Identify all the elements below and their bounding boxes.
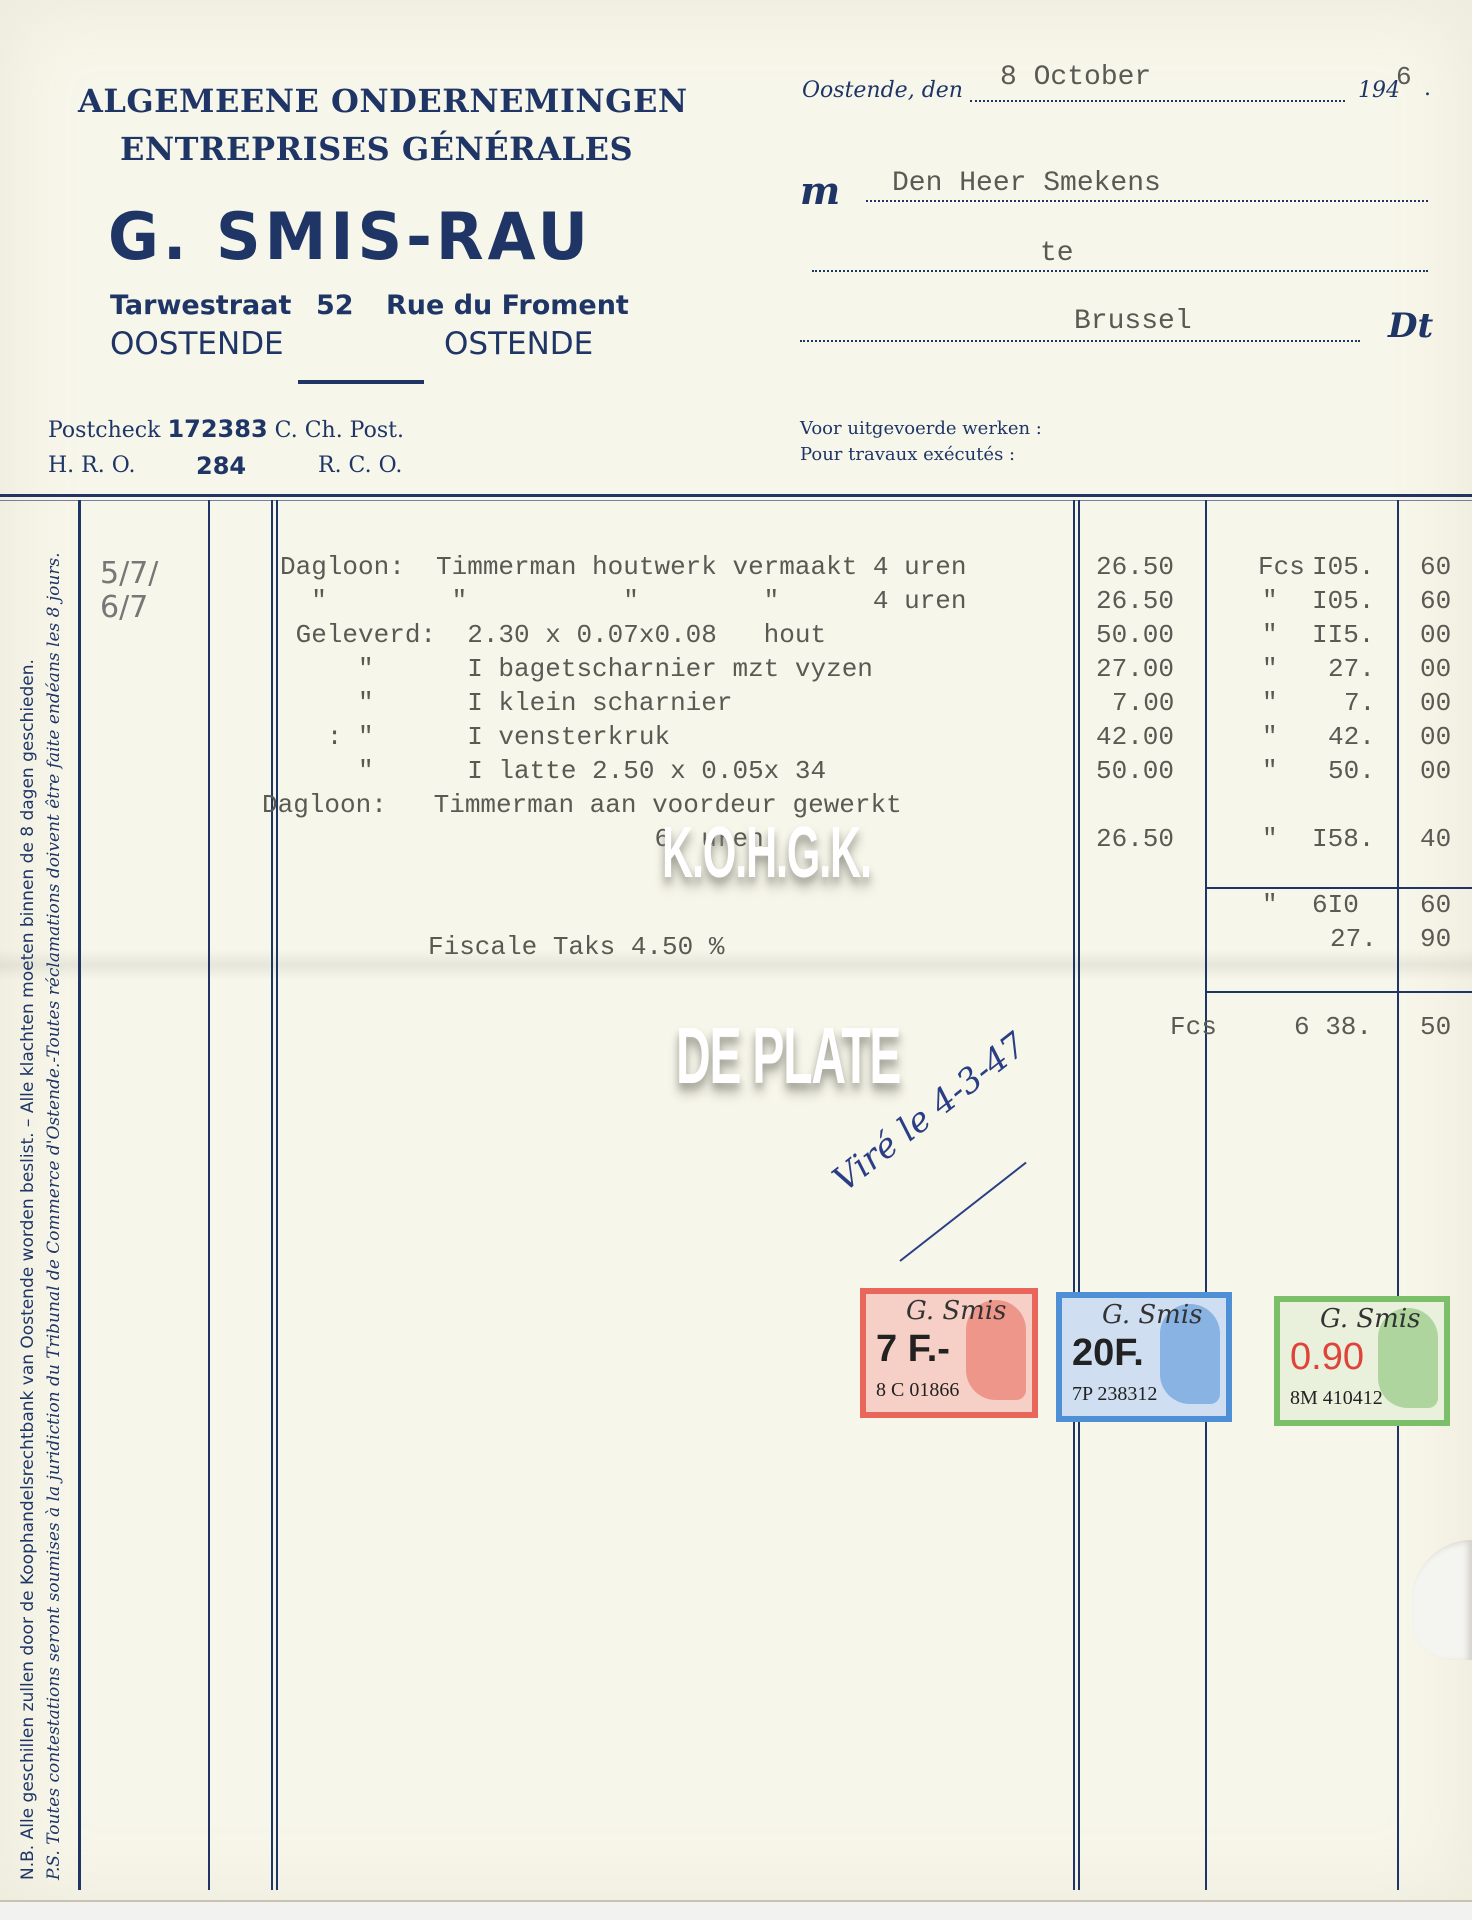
city-dotted-line — [800, 340, 1360, 342]
company-name: G. SMIS-RAU — [108, 198, 592, 275]
scan-background — [0, 1900, 1472, 1920]
item-unit-price: 26.50 — [1096, 824, 1174, 854]
postcheck-fr: C. Ch. Post. — [275, 418, 404, 443]
watermark-line1: K.O.H.G.K. — [662, 812, 871, 894]
item-currency: " — [1262, 620, 1278, 650]
postcheck-line: Postcheck 172383 C. Ch. Post. — [48, 415, 404, 443]
column-line-price-a — [1073, 500, 1075, 1890]
table-top-border — [0, 494, 1472, 497]
item-currency: " — [1262, 824, 1278, 854]
city-fr: OSTENDE — [444, 326, 593, 362]
recipient-name: Den Heer Smekens — [892, 168, 1161, 199]
item-unit-price: 50.00 — [1096, 620, 1174, 650]
item-cents: 00 — [1420, 654, 1451, 684]
total-currency: Fcs — [1170, 1012, 1217, 1042]
item-cents: 40 — [1420, 824, 1451, 854]
paper-tear — [1412, 1540, 1472, 1660]
item-description: Dagloon: Timmerman houtwerk vermaakt 4 u… — [280, 552, 967, 582]
tax-amount: 27. — [1330, 924, 1377, 954]
stamp-serial: 7P 238312 — [1072, 1383, 1157, 1406]
hro-number: 284 — [196, 452, 246, 480]
city-nl: OOSTENDE — [110, 326, 284, 362]
column-line-desc-b — [276, 500, 278, 1890]
margin-note-fr: P.S. Toutes contestations seront soumise… — [44, 500, 64, 1880]
item-unit-price: 50.00 — [1096, 756, 1174, 786]
item-currency: " — [1262, 756, 1278, 786]
item-amount: 7. — [1344, 688, 1375, 718]
rco-label: R. C. O. — [318, 453, 402, 478]
street-number: 52 — [316, 290, 354, 321]
letterhead-line1: ALGEMEENE ONDERNEMINGEN — [78, 82, 688, 120]
table-top-border-inner — [0, 500, 1472, 501]
date-dotted-line — [970, 100, 1345, 102]
subtotal-mark: " — [1262, 890, 1278, 920]
item-unit-price: 26.50 — [1096, 552, 1174, 582]
item-cents: 00 — [1420, 722, 1451, 752]
street-fr: Rue du Froment — [386, 290, 629, 321]
total-amount: 6 38. — [1294, 1012, 1372, 1042]
stamp-serial: 8M 410412 — [1290, 1387, 1383, 1410]
stamp-value: 7 F.- — [876, 1328, 950, 1371]
item-description: " " " " 4 uren — [280, 586, 967, 616]
item-currency: " — [1262, 586, 1278, 616]
postcheck-number: 172383 — [167, 415, 267, 443]
item-description: Geleverd: 2.30 x 0.07x0.08 hout — [280, 620, 826, 650]
invoice-page: ALGEMEENE ONDERNEMINGEN ENTREPRISES GÉNÉ… — [0, 0, 1472, 1905]
item-description: " I bagetscharnier mzt vyzen — [280, 654, 873, 684]
subtotal-rule — [1206, 887, 1472, 889]
item-amount: I58. — [1312, 824, 1374, 854]
fiscal-stamp-green: G. Smis 0.90 8M 410412 — [1274, 1296, 1450, 1426]
stamp-signature: G. Smis — [1320, 1304, 1421, 1334]
item-cents: 00 — [1420, 688, 1451, 718]
item-unit-price: 7.00 — [1112, 688, 1174, 718]
tax-label: Fiscale Taks 4.50 % — [428, 932, 724, 962]
item-cents: 60 — [1420, 552, 1451, 582]
item-cents: 60 — [1420, 586, 1451, 616]
year-prefix: 194 — [1358, 78, 1400, 103]
item-amount: 42. — [1328, 722, 1375, 752]
column-line-cents — [1397, 500, 1399, 1890]
works-label-nl: Voor uitgevoerde werken : — [800, 418, 1042, 439]
debit-mark: Dt — [1388, 306, 1433, 346]
stamp-value: 0.90 — [1290, 1336, 1364, 1379]
works-label-fr: Pour travaux exécutés : — [800, 444, 1015, 465]
item-currency: Fcs — [1258, 552, 1305, 582]
paper-fold — [0, 950, 1472, 980]
column-line-price-b — [1078, 500, 1080, 1890]
item-cents: 00 — [1420, 756, 1451, 786]
stamp-signature: G. Smis — [906, 1296, 1007, 1326]
margin-note-nl: N.B. Alle geschillen zullen door de Koop… — [18, 500, 38, 1880]
subtotal-amount: 6I0 — [1312, 890, 1359, 920]
column-line-margin — [78, 500, 81, 1890]
year-suffix: 6 — [1396, 62, 1412, 92]
postcheck-label: Postcheck — [48, 418, 160, 443]
recipient-dotted-line — [866, 200, 1428, 202]
item-unit-price: 27.00 — [1096, 654, 1174, 684]
stamp-serial: 8 C 01866 — [876, 1379, 959, 1402]
item-unit-price: 42.00 — [1096, 722, 1174, 752]
te-dotted-line — [812, 270, 1428, 272]
letterhead-rule — [298, 380, 424, 384]
recipient-prefix: m — [800, 168, 840, 213]
date-entry-1: 5/7/ — [100, 556, 158, 591]
subtotal-cents: 60 — [1420, 890, 1451, 920]
handwritten-strike — [899, 1162, 1026, 1262]
tax-cents: 90 — [1420, 924, 1451, 954]
item-amount: 27. — [1328, 654, 1375, 684]
stamp-value: 20F. — [1072, 1332, 1144, 1375]
total-cents: 50 — [1420, 1012, 1451, 1042]
item-cents: 00 — [1420, 620, 1451, 650]
item-description: " I klein scharnier — [280, 688, 732, 718]
item-currency: " — [1262, 688, 1278, 718]
letterhead-line2: ENTREPRISES GÉNÉRALES — [120, 130, 633, 168]
stamp-signature: G. Smis — [1102, 1300, 1203, 1330]
fiscal-stamp-red: G. Smis 7 F.- 8 C 01866 — [860, 1288, 1038, 1418]
column-line-date — [208, 500, 210, 1890]
street-nl: Tarwestraat — [110, 290, 291, 321]
item-amount: I05. — [1312, 586, 1374, 616]
column-line-amount — [1205, 500, 1207, 1890]
item-currency: " — [1262, 722, 1278, 752]
watermark-line2: DE PLATE — [676, 1010, 900, 1102]
item-currency: " — [1262, 654, 1278, 684]
item-unit-price: 26.50 — [1096, 586, 1174, 616]
recipient-city: Brussel — [1074, 306, 1192, 337]
total-rule — [1206, 991, 1472, 993]
item-amount: I05. — [1312, 552, 1374, 582]
year-dot: . — [1424, 76, 1431, 101]
date-entry-2: 6/7 — [100, 590, 148, 625]
item-amount: 50. — [1328, 756, 1375, 786]
date-label: Oostende, den — [802, 78, 963, 103]
fiscal-stamp-blue: G. Smis 20F. 7P 238312 — [1056, 1292, 1232, 1422]
item-description: : " I vensterkruk — [280, 722, 670, 752]
date-value: 8 October — [1000, 62, 1151, 93]
recipient-te: te — [1040, 238, 1074, 269]
item-amount: II5. — [1312, 620, 1374, 650]
column-line-desc-a — [271, 500, 273, 1890]
hro-label: H. R. O. — [48, 453, 135, 478]
item-description: " I latte 2.50 x 0.05x 34 — [280, 756, 826, 786]
